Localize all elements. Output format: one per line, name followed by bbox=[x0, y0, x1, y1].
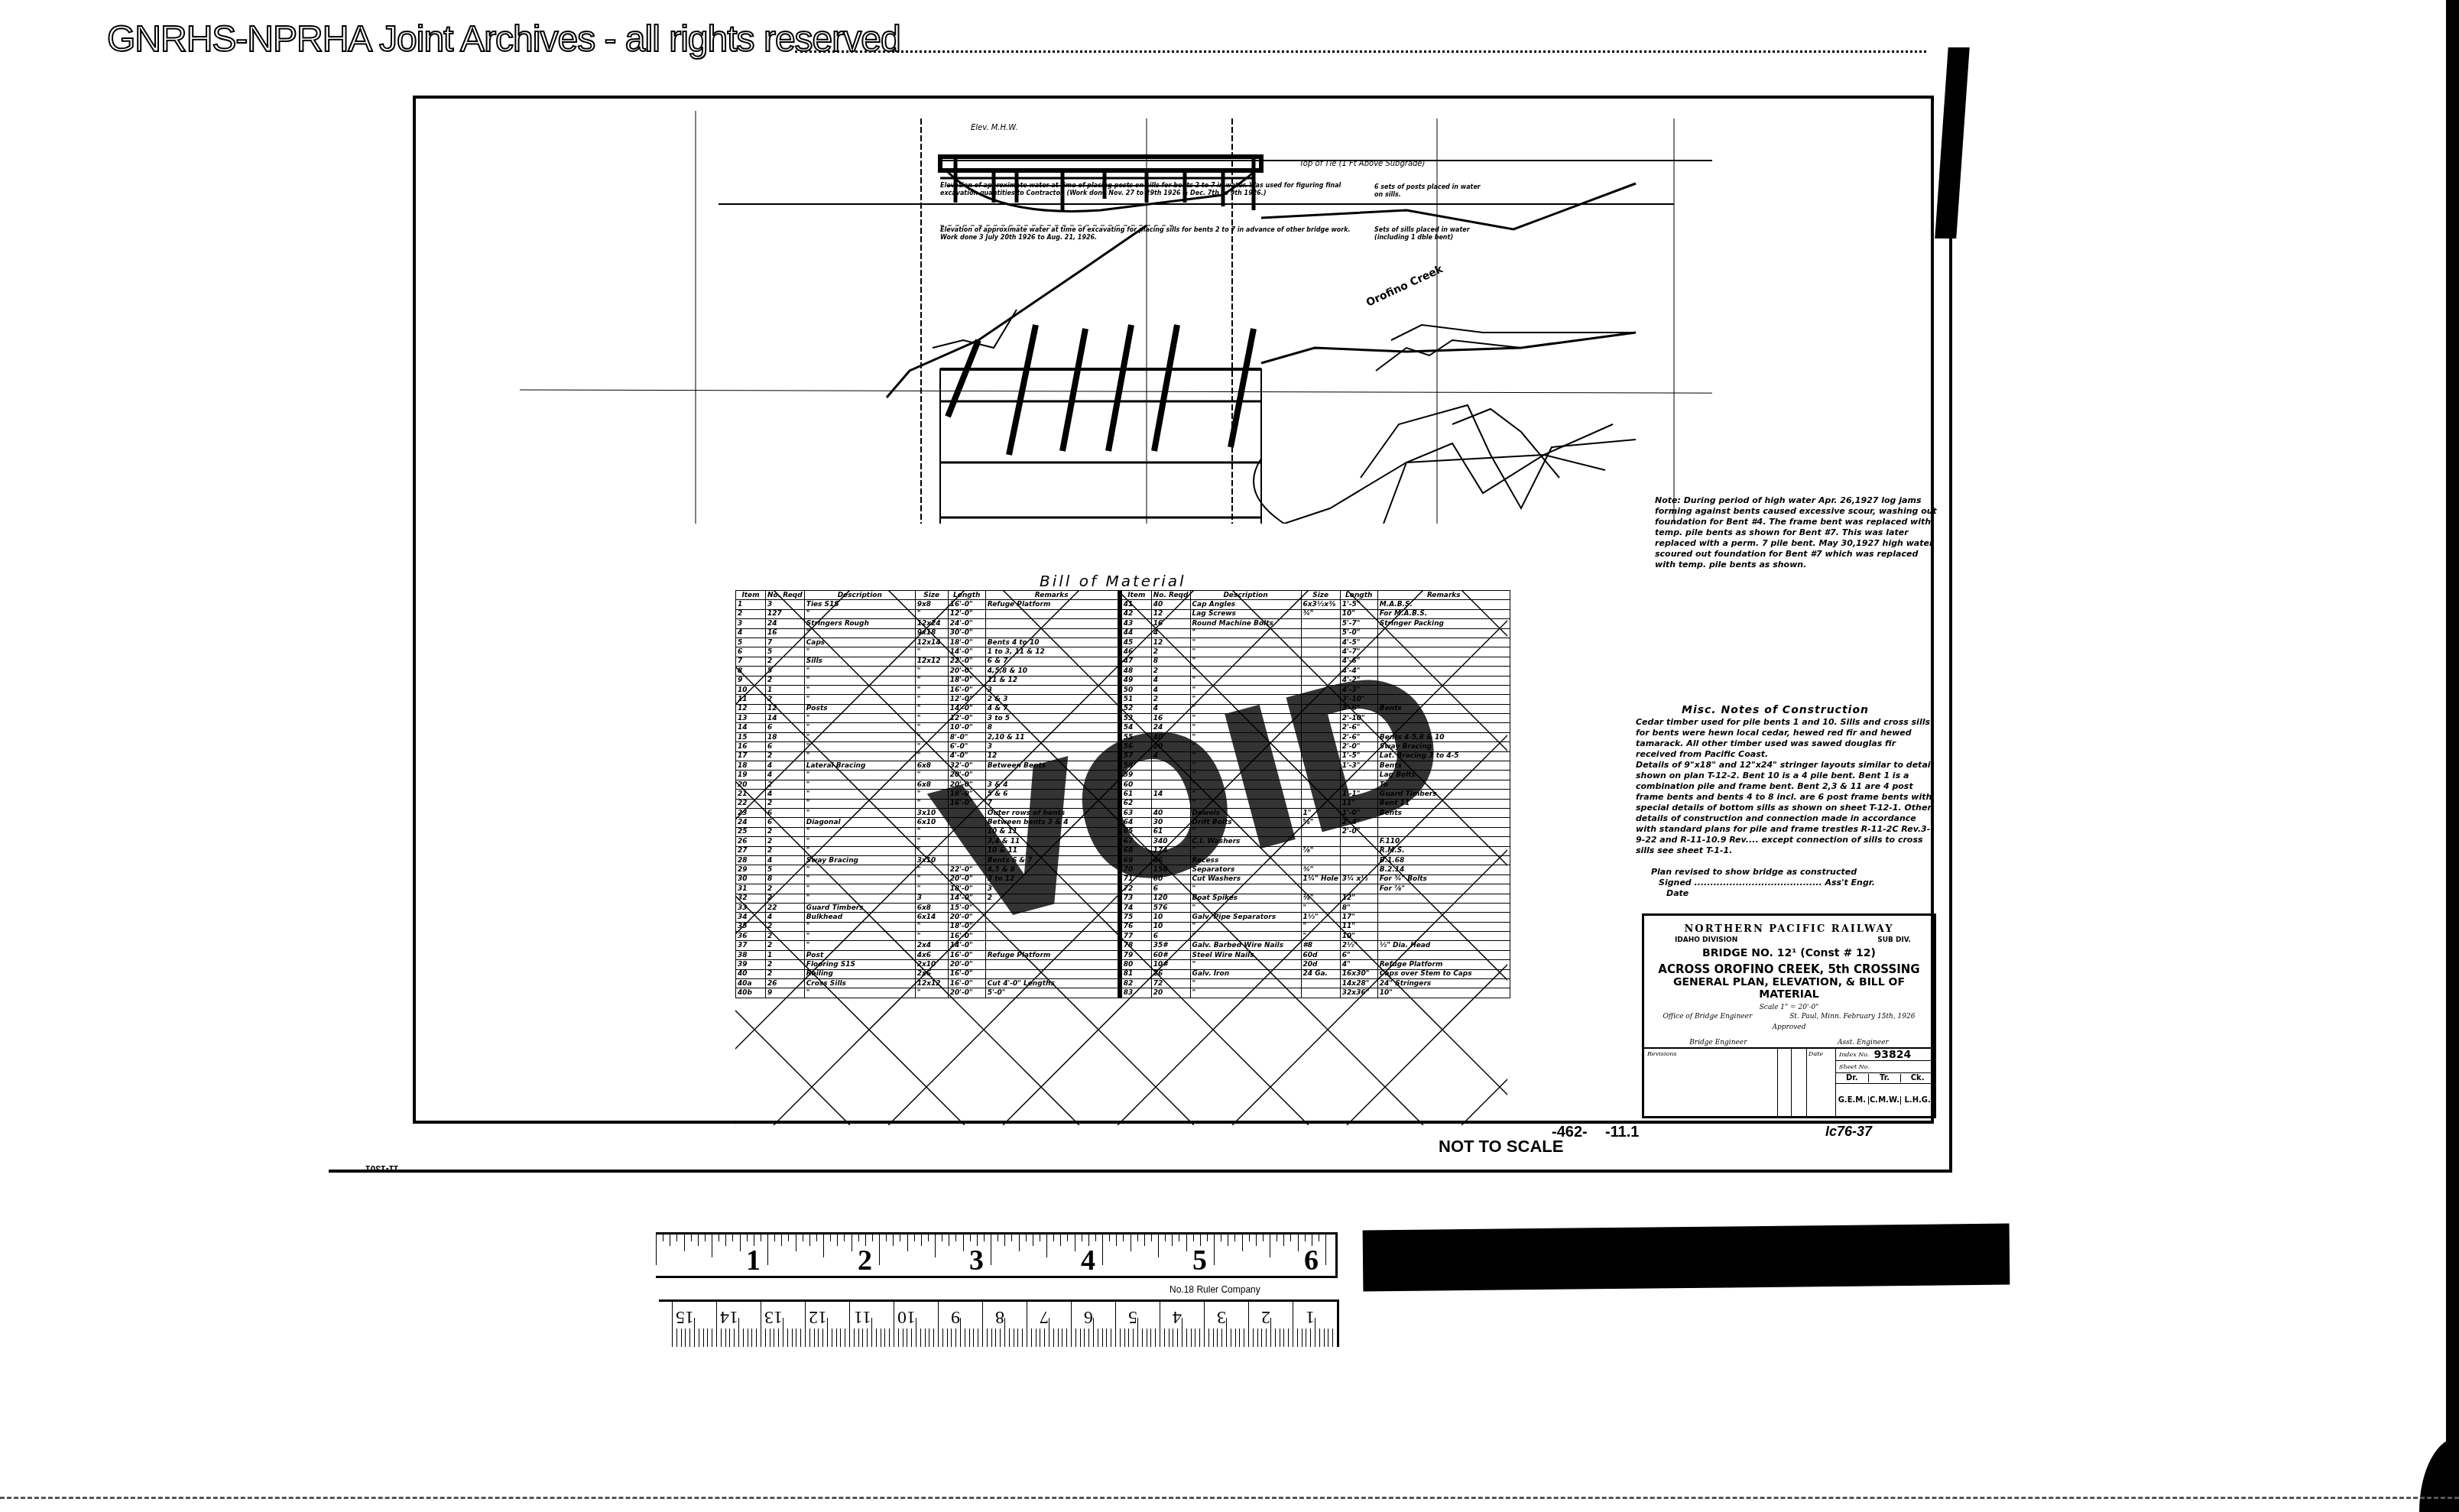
subdiv-label: SUB DIV. bbox=[1877, 936, 1911, 944]
table-row: 392Flooring S1S2x1020'-0" bbox=[736, 960, 1118, 969]
table-row: 7960#Steel Wire Nails60d6" bbox=[1120, 950, 1510, 959]
table-row: 416"9x1830'-0" bbox=[736, 628, 1118, 638]
table-cell: Round Machine Bolts bbox=[1190, 619, 1301, 628]
table-cell: 12 bbox=[736, 704, 766, 713]
table-cell: For M.A.B.S. bbox=[1377, 609, 1510, 618]
table-cell: 43 bbox=[1120, 619, 1151, 628]
table-cell: 2x6 bbox=[915, 969, 948, 978]
table-cell: 81 bbox=[1120, 969, 1151, 978]
table-cell: 29 bbox=[736, 865, 766, 874]
table-row: 7835#Galv. Barbed Wire Nails#82½"½" Dia.… bbox=[1120, 941, 1510, 950]
cm-mark: 1 bbox=[1306, 1306, 1315, 1327]
table-cell: 32 bbox=[736, 894, 766, 903]
table-cell: 20'-0" bbox=[948, 988, 985, 998]
cm-mark: 6 bbox=[1084, 1306, 1093, 1327]
table-cell: 35# bbox=[1151, 941, 1190, 950]
table-cell: 26 bbox=[766, 979, 805, 988]
table-cell: 14 bbox=[736, 723, 766, 732]
table-cell: Post bbox=[804, 950, 915, 959]
table-cell: 48 bbox=[1120, 667, 1151, 676]
table-cell: 5 bbox=[766, 667, 805, 676]
elevation-water-note-1: Elevation of approximate water at time o… bbox=[940, 182, 1368, 197]
table-cell: " bbox=[804, 837, 915, 846]
table-cell: Sills bbox=[804, 657, 915, 666]
table-row: 40a26Cross Sills12x1216'-0"Cut 4'-0" Len… bbox=[736, 979, 1118, 988]
drawn-by: G.E.M. bbox=[1836, 1096, 1869, 1105]
table-cell bbox=[1377, 903, 1510, 912]
table-cell: " bbox=[1190, 647, 1301, 657]
railway-name: NORTHERN PACIFIC RAILWAY bbox=[1644, 923, 1934, 935]
table-row: 8010#"20d4"Refuge Platform bbox=[1120, 960, 1510, 969]
centimeter-ruler: 123456789101112131415 bbox=[659, 1299, 1339, 1347]
traced-by: C.M.W. bbox=[1869, 1096, 1902, 1105]
table-cell: 10" bbox=[1340, 609, 1377, 618]
table-row: 4140Cap Angles6x3½x⅜1'-5"M.A.B.S. bbox=[1120, 600, 1510, 609]
ruler-maker: Ruler Company bbox=[1196, 1284, 1260, 1295]
table-cell: ⅜" bbox=[1301, 894, 1340, 903]
drawing-scale: Scale 1" = 20'-0" bbox=[1644, 1004, 1934, 1011]
table-cell bbox=[1301, 628, 1340, 638]
table-cell: 3 bbox=[766, 600, 805, 609]
table-cell: 22 bbox=[736, 799, 766, 808]
table-cell: 40a bbox=[736, 979, 766, 988]
table-cell: 24'-0" bbox=[948, 619, 985, 628]
table-cell: 12 bbox=[766, 704, 805, 713]
table-cell: 12'-0" bbox=[948, 609, 985, 618]
table-cell: 22 bbox=[766, 903, 805, 912]
table-cell: " bbox=[915, 676, 948, 685]
ruler-model: No.18 bbox=[1169, 1284, 1194, 1295]
table-cell: " bbox=[915, 865, 948, 874]
table-cell: 2 bbox=[766, 846, 805, 855]
high-water-note: Note: During period of high water Apr. 2… bbox=[1655, 495, 1938, 570]
table-cell: 2 bbox=[1151, 667, 1190, 676]
approved-label: Approved bbox=[1644, 1024, 1934, 1031]
table-cell: 14'-0" bbox=[948, 704, 985, 713]
table-cell: 2 bbox=[766, 932, 805, 941]
table-cell: 3 bbox=[985, 685, 1118, 694]
cm-mark: 3 bbox=[1217, 1306, 1226, 1327]
table-cell: 2 bbox=[766, 780, 805, 789]
table-cell: 24 bbox=[736, 818, 766, 827]
table-cell: 16'-0" bbox=[948, 685, 985, 694]
high-water-note-label: Note: bbox=[1655, 495, 1681, 505]
table-cell: " bbox=[804, 609, 915, 618]
label-top-of-tie: Top of Tie (1 Ft Above Subgrade) bbox=[1299, 160, 1425, 168]
bill-of-material-title: Bill of Material bbox=[1040, 572, 1186, 590]
table-cell: Galv. Barbed Wire Nails bbox=[1190, 941, 1301, 950]
table-cell: 18'-0" bbox=[948, 676, 985, 685]
cm-mark: 5 bbox=[1128, 1306, 1137, 1327]
date-column: Date bbox=[1807, 1049, 1836, 1116]
engineer-left: Bridge Engineer bbox=[1689, 1039, 1747, 1046]
table-cell: 26 bbox=[1151, 969, 1190, 978]
table-cell: 20 bbox=[736, 780, 766, 789]
table-cell: 1 bbox=[736, 600, 766, 609]
table-cell: 11 & 12 bbox=[985, 676, 1118, 685]
table-cell: " bbox=[1190, 628, 1301, 638]
table-cell: 8 bbox=[736, 667, 766, 676]
table-cell: 50 bbox=[1120, 685, 1151, 694]
table-cell: Caps over Stem to Caps bbox=[1377, 969, 1510, 978]
table-row: 57Caps12x1418'-0"Bents 4 to 10 bbox=[736, 638, 1118, 647]
sheet-label: Sheet No. bbox=[1836, 1061, 1934, 1073]
table-cell: 16'-0" bbox=[948, 969, 985, 978]
table-cell: 17 bbox=[736, 751, 766, 761]
table-cell: 5'-7" bbox=[1340, 619, 1377, 628]
table-row: 381Post4x616'-0"Refuge Platform bbox=[736, 950, 1118, 959]
table-cell: 4 bbox=[766, 761, 805, 771]
table-cell: " bbox=[1301, 922, 1340, 931]
column-header: Length bbox=[948, 591, 985, 600]
drawing-title: GENERAL PLAN, ELEVATION, & BILL OF MATER… bbox=[1644, 976, 1934, 1001]
table-cell: Sway Bracing bbox=[804, 855, 915, 865]
column-header: Length bbox=[1340, 591, 1377, 600]
table-cell: ¾" bbox=[1301, 609, 1340, 618]
table-cell: 6 bbox=[766, 808, 805, 817]
table-cell: Bents 4 to 10 bbox=[985, 638, 1118, 647]
table-cell: " bbox=[915, 723, 948, 732]
table-cell: 34 bbox=[736, 913, 766, 922]
table-cell: " bbox=[804, 667, 915, 676]
table-cell: " bbox=[1190, 932, 1301, 941]
table-cell: 11" bbox=[1340, 922, 1377, 931]
table-cell: 9 bbox=[736, 676, 766, 685]
table-cell: 60# bbox=[1151, 950, 1190, 959]
table-cell: 8 bbox=[766, 874, 805, 884]
table-cell: Guard Timbers bbox=[804, 903, 915, 912]
column-header: Remarks bbox=[1377, 591, 1510, 600]
table-cell bbox=[985, 628, 1118, 638]
table-cell: B.2.14 bbox=[1377, 865, 1510, 874]
scan-calibration-bar bbox=[1363, 1224, 2010, 1292]
office-label: Office of Bridge Engineer bbox=[1663, 1013, 1752, 1020]
elevation-water-note-2: Elevation of approximate water at time o… bbox=[940, 226, 1368, 242]
table-cell: 22'-0" bbox=[948, 657, 985, 666]
table-row: 101""16'-0"3 bbox=[736, 685, 1118, 694]
table-row: 72Sills12x1222'-0"6 & 7 bbox=[736, 657, 1118, 666]
archive-code-b: -11.1 bbox=[1605, 1124, 1639, 1141]
inch-mark: 3 bbox=[969, 1244, 984, 1277]
table-cell: " bbox=[804, 941, 915, 950]
cm-mark: 8 bbox=[995, 1306, 1004, 1327]
table-cell: " bbox=[804, 732, 915, 741]
table-cell: Flooring S1S bbox=[804, 960, 915, 969]
table-cell: 9 bbox=[766, 988, 805, 998]
table-cell: " bbox=[915, 874, 948, 884]
table-cell: 1 bbox=[766, 685, 805, 694]
scan-edge-curl bbox=[2419, 1437, 2459, 1512]
table-cell: " bbox=[804, 742, 915, 751]
column-header: Remarks bbox=[985, 591, 1118, 600]
table-cell: 9x18 bbox=[915, 628, 948, 638]
table-cell: 14'-0" bbox=[948, 647, 985, 657]
table-cell: 6 bbox=[766, 742, 805, 751]
table-cell: " bbox=[915, 714, 948, 723]
table-row: 92""18'-0"11 & 12 bbox=[736, 676, 1118, 685]
dr-label: Dr. bbox=[1836, 1074, 1869, 1082]
table-cell: 24 Ga. bbox=[1301, 969, 1340, 978]
table-cell: 12" bbox=[1340, 894, 1377, 903]
table-cell: 2 bbox=[766, 751, 805, 761]
table-cell bbox=[1301, 884, 1340, 894]
table-cell: 37 bbox=[736, 941, 766, 950]
table-cell: 21 bbox=[736, 790, 766, 799]
table-cell bbox=[1301, 619, 1340, 628]
table-cell bbox=[1340, 884, 1377, 894]
table-cell: 20'-0" bbox=[948, 667, 985, 676]
table-cell: " bbox=[915, 732, 948, 741]
table-cell: 11 bbox=[736, 695, 766, 704]
table-cell bbox=[1301, 979, 1340, 988]
table-cell: Stringer Packing bbox=[1377, 619, 1510, 628]
table-cell: 2 bbox=[736, 609, 766, 618]
table-cell: " bbox=[804, 790, 915, 799]
table-cell: 10# bbox=[1151, 960, 1190, 969]
table-cell: " bbox=[915, 988, 948, 998]
table-cell: 2 bbox=[766, 695, 805, 704]
table-cell: 12x12 bbox=[915, 657, 948, 666]
table-row: 776""10" bbox=[1120, 932, 1510, 941]
table-cell: 31 bbox=[736, 884, 766, 894]
cm-mark: 9 bbox=[951, 1306, 960, 1327]
table-row: 2127""12'-0" bbox=[736, 609, 1118, 618]
place-date: St. Paul, Minn. February 15th, 1926 bbox=[1789, 1013, 1915, 1020]
table-cell: For ¾" Bolts bbox=[1377, 874, 1510, 884]
table-cell: Posts bbox=[804, 704, 915, 713]
table-row: 65""14'-0"1 to 3, 11 & 12 bbox=[736, 647, 1118, 657]
cm-mark: 10 bbox=[897, 1306, 916, 1327]
cm-mark: 14 bbox=[720, 1306, 738, 1327]
table-cell: 60d bbox=[1301, 950, 1340, 959]
table-cell bbox=[985, 969, 1118, 978]
table-cell bbox=[985, 619, 1118, 628]
cm-mark: 7 bbox=[1040, 1306, 1049, 1327]
table-cell: " bbox=[915, 647, 948, 657]
table-cell: 1½" bbox=[1301, 913, 1340, 922]
table-cell: " bbox=[804, 780, 915, 789]
table-cell: 6 bbox=[766, 723, 805, 732]
table-cell: 12 bbox=[1151, 609, 1190, 618]
table-cell: Refuge Platform bbox=[1377, 960, 1510, 969]
table-cell: " bbox=[804, 771, 915, 780]
table-cell: 2x10 bbox=[915, 960, 948, 969]
table-cell: 15 bbox=[736, 732, 766, 741]
table-cell: 26 bbox=[736, 837, 766, 846]
table-cell: " bbox=[915, 884, 948, 894]
inch-mark: 4 bbox=[1081, 1244, 1095, 1277]
table-cell: Caps bbox=[804, 638, 915, 647]
column-header: No. Reqd bbox=[766, 591, 805, 600]
inch-mark: 6 bbox=[1304, 1244, 1319, 1277]
scan-edge bbox=[2446, 0, 2459, 1512]
table-cell: Stringers Rough bbox=[804, 619, 915, 628]
table-cell: 7 bbox=[736, 657, 766, 666]
table-cell: 3 bbox=[915, 894, 948, 903]
table-cell: " bbox=[1190, 960, 1301, 969]
table-cell: 12 bbox=[1151, 638, 1190, 647]
table-cell: 2 bbox=[1151, 647, 1190, 657]
table-cell: 1 to 3, 11 & 12 bbox=[985, 647, 1118, 657]
index-label: Index No. bbox=[1839, 1051, 1869, 1058]
elevation-water-note-1-side: 6 sets of posts placed in water on sills… bbox=[1374, 183, 1481, 199]
elevation-water-note-2-side: Sets of sills placed in water (including… bbox=[1374, 226, 1481, 242]
cm-mark: 15 bbox=[676, 1306, 694, 1327]
table-cell: Galv. Pipe Separators bbox=[1190, 913, 1301, 922]
table-cell: " bbox=[1190, 988, 1301, 998]
table-cell: 3 bbox=[736, 619, 766, 628]
cm-mark: 13 bbox=[764, 1306, 783, 1327]
table-cell: 8" bbox=[1340, 903, 1377, 912]
table-cell bbox=[1377, 950, 1510, 959]
table-cell: 18'-0" bbox=[948, 638, 985, 647]
table-cell: " bbox=[915, 609, 948, 618]
table-cell: Cut 4'-0" Lengths bbox=[985, 979, 1118, 988]
table-row: 4316Round Machine Bolts5'-7"Stringer Pac… bbox=[1120, 619, 1510, 628]
table-cell: " bbox=[804, 922, 915, 931]
table-cell: 4 bbox=[766, 855, 805, 865]
table-cell: 1 bbox=[766, 950, 805, 959]
not-to-scale-stamp: NOT TO SCALE bbox=[1439, 1137, 1563, 1157]
table-cell: 5 bbox=[766, 647, 805, 657]
table-cell: 2 bbox=[766, 799, 805, 808]
table-cell: Lateral Bracing bbox=[804, 761, 915, 771]
table-cell: Lag Screws bbox=[1190, 609, 1301, 618]
revision-grid: Revisions Date Index No.93824 Sheet No. … bbox=[1644, 1047, 1934, 1116]
bridge-number: BRIDGE NO. 12¹ (Const # 12) bbox=[1644, 947, 1934, 959]
title-block: NORTHERN PACIFIC RAILWAY IDAHO DIVISIONS… bbox=[1642, 913, 1936, 1118]
table-cell: 10" bbox=[1377, 988, 1510, 998]
table-cell: 6 & 7 bbox=[985, 657, 1118, 666]
table-cell: " bbox=[804, 685, 915, 694]
table-cell: 13 bbox=[736, 714, 766, 723]
table-cell: Railing bbox=[804, 969, 915, 978]
table-cell: 47 bbox=[1120, 657, 1151, 666]
table-cell: 12x24 bbox=[915, 619, 948, 628]
table-cell: " bbox=[915, 685, 948, 694]
table-cell: 4" bbox=[1340, 960, 1377, 969]
table-cell: 19 bbox=[736, 771, 766, 780]
table-cell: " bbox=[804, 988, 915, 998]
table-row: 4512"4'-5" bbox=[1120, 638, 1510, 647]
archive-code-a: -462- bbox=[1552, 1124, 1588, 1141]
revisions-label: Revisions bbox=[1644, 1049, 1778, 1116]
index-number: 93824 bbox=[1873, 1049, 1911, 1061]
table-cell: Bulkhead bbox=[804, 913, 915, 922]
watermark-rule bbox=[795, 50, 1926, 53]
table-cell: 5 bbox=[736, 638, 766, 647]
table-cell: " bbox=[915, 704, 948, 713]
table-cell: 2 bbox=[766, 884, 805, 894]
table-row: 8126Galv. Iron24 Ga.16x30"Caps over Stem… bbox=[1120, 969, 1510, 978]
table-cell: " bbox=[1190, 979, 1301, 988]
table-cell: " bbox=[1190, 922, 1301, 931]
table-cell: 42 bbox=[1120, 609, 1151, 618]
table-cell: " bbox=[804, 846, 915, 855]
table-cell: 36 bbox=[736, 932, 766, 941]
table-cell: 5 bbox=[766, 865, 805, 874]
table-cell: " bbox=[804, 751, 915, 761]
misc-notes-paragraph: Cedar timber used for pile bents 1 and 1… bbox=[1636, 717, 1934, 760]
table-cell: " bbox=[804, 865, 915, 874]
table-cell: 40b bbox=[736, 988, 766, 998]
table-cell: 18 bbox=[766, 732, 805, 741]
table-cell: 6 bbox=[1151, 932, 1190, 941]
table-cell: 35 bbox=[736, 922, 766, 931]
table-cell: 6" bbox=[1340, 950, 1377, 959]
table-cell: 2 bbox=[766, 922, 805, 931]
inch-mark: 1 bbox=[746, 1244, 761, 1277]
table-row: 444"5'-0" bbox=[1120, 628, 1510, 638]
table-cell: M.A.B.S. bbox=[1377, 600, 1510, 609]
table-cell: 2 bbox=[766, 676, 805, 685]
column-header: No. Reqd bbox=[1151, 591, 1190, 600]
table-cell: 16 bbox=[736, 742, 766, 751]
table-cell: 4 bbox=[1151, 676, 1190, 685]
table-cell: 46 bbox=[1120, 647, 1151, 657]
label-elev-mhw: Elev. M.H.W. bbox=[971, 124, 1017, 132]
ck-label: Ck. bbox=[1901, 1074, 1934, 1082]
table-row: 112""12'-0"2 & 3 bbox=[736, 695, 1118, 704]
inch-ruler: 123456 bbox=[656, 1232, 1338, 1278]
table-cell: 9x8 bbox=[915, 600, 948, 609]
table-cell: " bbox=[804, 799, 915, 808]
table-cell: 39 bbox=[736, 960, 766, 969]
table-cell: 4,5,8 & 10 bbox=[985, 667, 1118, 676]
table-cell: 14x28" bbox=[1340, 979, 1377, 988]
tr-label: Tr. bbox=[1869, 1074, 1902, 1082]
table-cell: 10 bbox=[1151, 922, 1190, 931]
table-cell: 24 bbox=[766, 619, 805, 628]
table-cell: " bbox=[804, 827, 915, 836]
table-cell: 27 bbox=[736, 846, 766, 855]
column-header: Item bbox=[1120, 591, 1151, 600]
table-cell: 1'-5" bbox=[1340, 600, 1377, 609]
scan-bottom-edge bbox=[0, 1497, 2459, 1499]
table-row: 13Ties S1S9x816'-0"Refuge Platform bbox=[736, 600, 1118, 609]
misc-notes-title: Misc. Notes of Construction bbox=[1682, 705, 1934, 715]
table-cell: 49 bbox=[1120, 676, 1151, 685]
table-cell: " bbox=[804, 695, 915, 704]
table-cell: 41 bbox=[1120, 600, 1151, 609]
table-cell: 83 bbox=[1120, 988, 1151, 998]
table-cell: " bbox=[804, 628, 915, 638]
column-header: Description bbox=[804, 591, 915, 600]
table-cell: 24" Stringers bbox=[1377, 979, 1510, 988]
table-cell: 6x3½x⅜ bbox=[1301, 600, 1340, 609]
table-cell bbox=[1377, 913, 1510, 922]
table-cell: 20 bbox=[1151, 988, 1190, 998]
table-cell: 4 bbox=[766, 913, 805, 922]
table-row: 8272"14x28"24" Stringers bbox=[1120, 979, 1510, 988]
table-cell: 16x30" bbox=[1340, 969, 1377, 978]
table-cell: Ties S1S bbox=[804, 600, 915, 609]
table-cell bbox=[1377, 894, 1510, 903]
table-cell: " bbox=[804, 723, 915, 732]
table-cell: " bbox=[804, 884, 915, 894]
table-cell: 23 bbox=[736, 808, 766, 817]
table-cell: " bbox=[804, 676, 915, 685]
table-cell: 16'-0" bbox=[948, 600, 985, 609]
table-cell: 4 bbox=[736, 628, 766, 638]
bridge-elevation-plan-drawing: Elev. M.H.W. Top of Tie (1 Ft Above Subg… bbox=[413, 96, 1712, 524]
table-cell: 10" bbox=[1340, 932, 1377, 941]
table-cell bbox=[1301, 988, 1340, 998]
table-cell: 12x12 bbox=[915, 979, 948, 988]
engineer-right: Asst. Engineer bbox=[1838, 1039, 1889, 1046]
table-cell: " bbox=[804, 874, 915, 884]
table-cell: 79 bbox=[1120, 950, 1151, 959]
